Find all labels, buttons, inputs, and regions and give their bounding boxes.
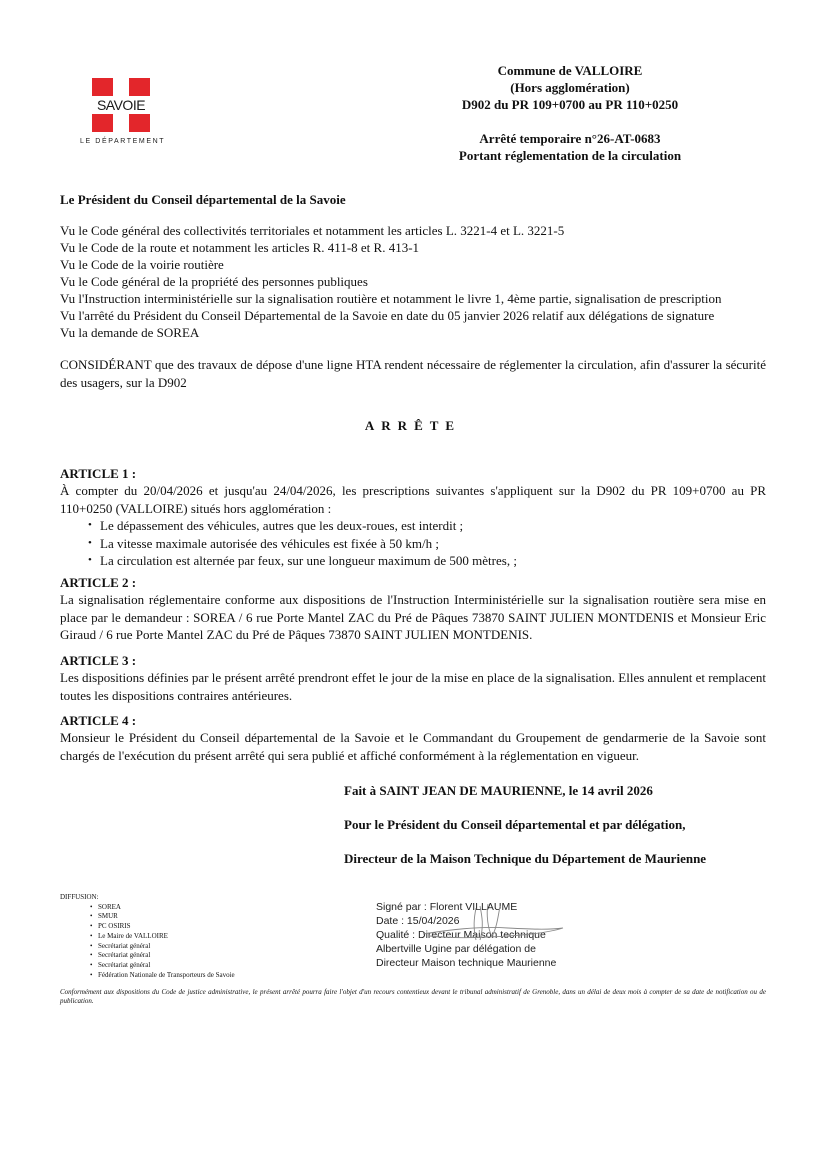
header-zone: (Hors agglomération) <box>420 79 720 96</box>
logo-red-square <box>129 114 150 132</box>
diffusion-label: DIFFUSION: <box>60 893 235 903</box>
arrete-title: ARRÊTE <box>0 418 826 434</box>
logo-red-square <box>92 78 113 96</box>
header-road-section: D902 du PR 109+0700 au PR 110+0250 <box>420 96 720 113</box>
signature-quality-cont: Directeur Maison technique Maurienne <box>376 956 556 970</box>
signature-quality-cont: Albertville Ugine par délégation de <box>376 942 556 956</box>
article-4: ARTICLE 4 : Monsieur le Président du Con… <box>60 712 766 764</box>
logo-red-square <box>92 114 113 132</box>
diffusion-list: DIFFUSION: SOREA SMUR PC OSIRIS Le Maire… <box>60 893 235 980</box>
president-heading: Le Président du Conseil départemental de… <box>60 192 346 208</box>
logo-red-square <box>129 78 150 96</box>
list-item: Secrétariat général <box>90 951 235 961</box>
article-2: ARTICLE 2 : La signalisation réglementai… <box>60 574 766 644</box>
vu-item: Vu le Code général des collectivités ter… <box>60 222 722 239</box>
vu-list: Vu le Code général des collectivités ter… <box>60 222 722 341</box>
list-item: Secrétariat général <box>90 942 235 952</box>
article-title: ARTICLE 2 : <box>60 574 766 591</box>
list-item: PC OSIRIS <box>90 922 235 932</box>
vu-item: Vu l'Instruction interministérielle sur … <box>60 290 722 307</box>
place-date: Fait à SAINT JEAN DE MAURIENNE, le 14 av… <box>344 783 653 799</box>
electronic-signature: Signé par : Florent VILLAUME Date : 15/0… <box>376 900 556 970</box>
article-text: La signalisation réglementaire conforme … <box>60 591 766 644</box>
header-commune: Commune de VALLOIRE <box>420 62 720 79</box>
article-title: ARTICLE 4 : <box>60 712 766 729</box>
list-item: Le dépassement des véhicules, autres que… <box>88 517 766 535</box>
article-text: Les dispositions définies par le présent… <box>60 669 766 704</box>
vu-item: Vu le Code général de la propriété des p… <box>60 273 722 290</box>
logo-text: SAVOIE <box>88 96 154 114</box>
list-item: SOREA <box>90 903 235 913</box>
article-3: ARTICLE 3 : Les dispositions définies pa… <box>60 652 766 704</box>
document-header: Commune de VALLOIRE (Hors agglomération)… <box>420 62 720 164</box>
article-1: ARTICLE 1 : À compter du 20/04/2026 et j… <box>60 465 766 570</box>
vu-item: Vu la demande de SOREA <box>60 324 722 341</box>
vu-item: Vu le Code de la voirie routière <box>60 256 722 273</box>
arrete-number: Arrêté temporaire n°26-AT-0683 <box>420 130 720 147</box>
signed-by: Signé par : Florent VILLAUME <box>376 900 556 914</box>
signatory-role: Directeur de la Maison Technique du Dépa… <box>344 851 706 867</box>
arrete-subject: Portant réglementation de la circulation <box>420 147 720 164</box>
vu-item: Vu le Code de la route et notamment les … <box>60 239 722 256</box>
logo-subtitle: LE DÉPARTEMENT <box>80 138 162 145</box>
delegation-line: Pour le Président du Conseil département… <box>344 817 685 833</box>
article-text: Monsieur le Président du Conseil départe… <box>60 729 766 764</box>
list-item: Fédération Nationale de Transporteurs de… <box>90 971 235 981</box>
article-title: ARTICLE 3 : <box>60 652 766 669</box>
considerant-paragraph: CONSIDÉRANT que des travaux de dépose d'… <box>60 356 766 391</box>
article-text: À compter du 20/04/2026 et jusqu'au 24/0… <box>60 482 766 517</box>
list-item: Le Maire de VALLOIRE <box>90 932 235 942</box>
list-item: La vitesse maximale autorisée des véhicu… <box>88 535 766 553</box>
list-item: La circulation est alternée par feux, su… <box>88 552 766 570</box>
prescription-list: Le dépassement des véhicules, autres que… <box>60 517 766 570</box>
article-title: ARTICLE 1 : <box>60 465 766 482</box>
list-item: Secrétariat général <box>90 961 235 971</box>
legal-notice: Conformément aux dispositions du Code de… <box>60 988 766 1006</box>
savoie-logo: SAVOIE LE DÉPARTEMENT <box>88 78 154 148</box>
signature-date: Date : 15/04/2026 <box>376 914 556 928</box>
vu-item: Vu l'arrêté du Président du Conseil Dépa… <box>60 307 722 324</box>
list-item: SMUR <box>90 912 235 922</box>
signature-quality: Qualité : Directeur Maison technique <box>376 928 556 942</box>
